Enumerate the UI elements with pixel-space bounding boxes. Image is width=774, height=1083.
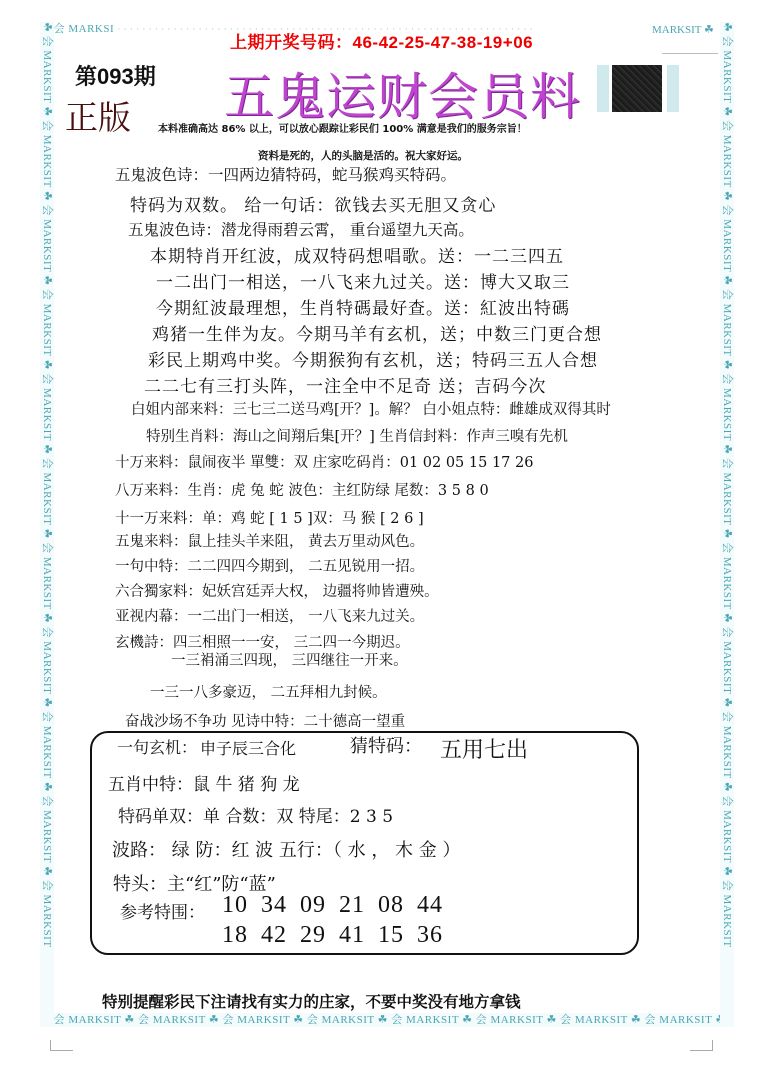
poem-line: 一三一八多豪迈， 二五拜相九封候。 — [150, 681, 387, 702]
verse-line: 二二七有三打头阵，一注全中不足奇 送；吉码今次 — [144, 372, 546, 397]
last-draw-numbers: 上期开奖号码：46-42-25-47-38-19+06 — [230, 28, 533, 53]
verse-line: 鸡猪一生伴为友。今期马羊有玄机，送；中数三门更合想 — [152, 320, 602, 345]
right-border: ☘ 会 MARKSIT ☘ 会 MARKSIT ☘ 会 MARKSIT ☘ 会 … — [720, 22, 734, 1025]
right-border-text: ☘ 会 MARKSIT ☘ 会 MARKSIT ☘ 会 MARKSIT ☘ 会 … — [720, 22, 734, 1025]
crop-mark-right — [690, 1040, 713, 1051]
qr-side-right — [667, 65, 679, 112]
wave-element: 波路： 绿 防：红 波 五行：（ 水 ， 木 金 ） — [112, 836, 461, 862]
bottom-border: ☘ 会 MARKSIT ☘ 会 MARKSIT ☘ 会 MARKSIT ☘ 会 … — [40, 1013, 734, 1027]
poem-line: 奋战沙场不争功 见诗中特：二十德高一望重 — [125, 710, 405, 731]
info-line: 八万来料：生肖：虎 兔 蛇 波色：主红防绿 尾数：3 5 8 0 — [115, 479, 489, 500]
verse-line: 今期紅波最理想，生肖特碼最好查。送：紅波出特碼 — [156, 294, 570, 319]
left-border: ☘ 会 MARKSIT ☘ 会 MARKSIT ☘ 会 MARKSIT ☘ 会 … — [40, 22, 54, 1025]
info-line: 六合獨家料：妃妖宫廷弄大权， 边疆将帅皆遭殃。 — [115, 580, 439, 601]
info-line: 十万来料：鼠闹夜半 單雙：双 庄家吃码肖：01 02 05 15 17 26 — [115, 451, 533, 472]
footer-reminder: 特别提醒彩民下注请找有实力的庄家，不要中奖没有地方拿钱 — [102, 990, 521, 1012]
riddle-label: 一句玄机： — [117, 735, 197, 758]
info-line: 十一万来料：单：鸡 蛇 [ 1 5 ]双：马 猴 [ 2 6 ] — [115, 507, 424, 528]
top-border-right-text: MARKSIT ☘ — [652, 23, 714, 36]
poem-line: 五鬼波色诗：潜龙得雨碧云霄， 重台遥望九天高。 — [128, 218, 474, 240]
page-title: 五鬼运财会员料 — [224, 57, 581, 129]
bottom-border-text: ☘ 会 MARKSIT ☘ 会 MARKSIT ☘ 会 MARKSIT ☘ 会 … — [40, 1014, 734, 1026]
left-border-text: ☘ 会 MARKSIT ☘ 会 MARKSIT ☘ 会 MARKSIT ☘ 会 … — [40, 22, 54, 1025]
poem-line: 一三裐涌三四现， 三四继往一开来。 — [171, 649, 408, 670]
info-line: 特别生肖料：海山之间翔后集[开？] 生肖信封料：作声三嗅有先机 — [146, 425, 568, 446]
verse-line: 本期特肖开红波，成双特码想唱歌。送：一二三四五 — [150, 242, 564, 267]
riddle-value: 申子辰三合化 — [200, 736, 296, 759]
divider — [662, 53, 718, 54]
odd-even: 特码单双：单 合数：双 特尾：2 3 5 — [118, 802, 393, 827]
ref-numbers-row1: 10 34 09 21 08 44 — [222, 892, 443, 919]
verse-line: 彩民上期鸡中奖。今期猴狗有玄机，送；特码三五人合想 — [148, 346, 598, 371]
verse-line: 一二出门一相送，一八飞来九过关。送：博大又取三 — [156, 268, 570, 293]
poem-line: 特码为双数。 给一句话：欲钱去买无胆又贪心 — [130, 191, 496, 216]
guess-value: 五用七出 — [440, 733, 528, 764]
ref-numbers-row2: 18 42 29 41 15 36 — [222, 922, 443, 949]
genuine-badge: 正版 — [65, 92, 131, 139]
guess-label: 猜特码： — [350, 732, 422, 758]
info-line: 五鬼来料：鼠上挂头羊来阻， 黄去万里动风色。 — [115, 530, 424, 551]
info-line: 一句中特：二二四四今期到， 二五见锐用一招。 — [115, 555, 424, 576]
issue-number: 第093期 — [75, 60, 156, 91]
qr-code-image — [612, 65, 662, 112]
ref-label: 参考特围： — [120, 898, 205, 923]
info-line: 亚视内幕：一二出门一相送， 一八飞来九过关。 — [115, 605, 424, 626]
qr-side-left — [597, 65, 609, 112]
motto: 资料是死的，人的头脑是活的。祝大家好运。 — [258, 148, 468, 163]
crop-mark-left — [50, 1040, 73, 1051]
slogan: 本料准确高达 86% 以上，可以放心跟踪让彩民们 100% 满意是我们的服务宗旨… — [158, 120, 527, 135]
poem-line: 五鬼波色诗：一四两边猜特码，蛇马猴鸡买特码。 — [115, 163, 456, 185]
info-line: 白姐内部来料：三七三二送马鸡[开？]。解？ 白小姐点特：雌雄成双得其时 — [131, 398, 611, 419]
five-zodiac: 五肖中特：鼠 牛 猪 狗 龙 — [108, 770, 300, 795]
